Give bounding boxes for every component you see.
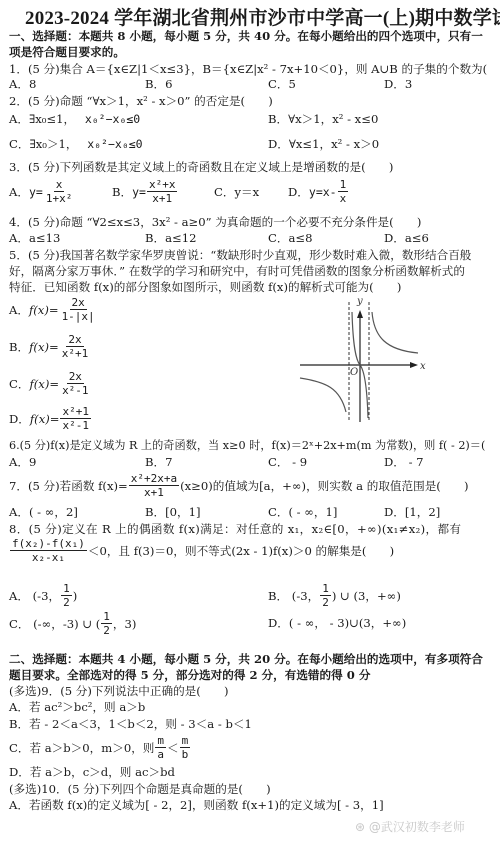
q5-option-b-label: B． xyxy=(9,340,29,354)
q5-option-c-fraction: 2x x²-1 xyxy=(60,370,91,397)
x-axis-arrow-icon xyxy=(410,362,418,368)
fraction-numerator: 1 xyxy=(338,178,349,192)
fraction-denominator: x+1 xyxy=(150,192,174,205)
curve-right-branch xyxy=(372,312,418,353)
q5-option-d-fx: f(x)= xyxy=(30,412,60,426)
fraction-numerator: x xyxy=(54,178,65,192)
q8-option-a-tail: ) xyxy=(73,589,78,603)
section1-header-line2: 项是符合题目要求的。 xyxy=(9,45,125,59)
section2-header-line2: 题目要求。全部选对的得 5 分，部分选对的得 2 分，有选错的得 0 分 xyxy=(9,668,370,682)
q8-option-a-lead: A． (-3， xyxy=(9,589,60,603)
q2-option-b: B．∀x＞1，x² - x≤0 xyxy=(268,112,378,126)
q8-option-b-fraction: 1 2 xyxy=(320,582,331,609)
q2-option-a-expr: x₀²−x₀≤0 xyxy=(85,112,140,126)
q8-option-b-lead: B． (-3， xyxy=(268,589,319,603)
q6-option-d: D． - 7 xyxy=(384,455,424,469)
q6-option-b: B．7 xyxy=(145,455,173,469)
fraction-denominator: x xyxy=(338,192,349,205)
watermark: ⊛ @武汉初数李老师 xyxy=(355,818,465,835)
q2-option-a-prefix: A．∃x₀≤1， xyxy=(9,112,75,126)
q5-option-a-fraction: 2x 1-|x| xyxy=(60,296,97,323)
q7-stem-lead: 7．(5 分)若函数 f(x)= xyxy=(9,479,128,493)
fraction-numerator: 2x xyxy=(67,370,84,384)
origin-label: O xyxy=(350,367,358,378)
q9-option-c-fraction-2: m b xyxy=(180,734,191,761)
q2-option-a: A．∃x₀≤1， x₀²−x₀≤0 xyxy=(9,112,140,126)
q7-fraction: x²+2x+a x+1 xyxy=(129,472,179,499)
fraction-denominator: x²+1 xyxy=(60,347,91,360)
q2-stem: 2．(5 分)命题 “∀x＞1，x² - x＞0” 的否定是( ) xyxy=(9,94,273,108)
q3-option-a-label: A． xyxy=(9,185,29,199)
q4-stem: 4．(5 分)命题 “∀2≤x≤3，3x² - a≥0” 为真命题的一个必要不充… xyxy=(9,215,421,229)
q7-stem: 7．(5 分)若函数 f(x)= x²+2x+a x+1 (x≥0)的值域为[a… xyxy=(9,472,469,499)
q2-option-d: D．∀x≤1，x² - x＞0 xyxy=(268,137,379,151)
fraction-numerator: 2x xyxy=(66,333,83,347)
q4-option-d: D．a≤6 xyxy=(384,231,429,245)
q8-option-b-tail: ) ∪ (3，+∞) xyxy=(332,589,401,603)
q3-stem: 3．(5 分)下列函数是其定义域上的奇函数且在定义域上是增函数的是( ) xyxy=(9,160,393,174)
q3-option-a-y: y= xyxy=(29,185,43,199)
q5-option-c-label: C． xyxy=(9,377,29,391)
q1-option-a: A．8 xyxy=(9,77,36,91)
q7-stem-tail: (x≥0)的值域为[a，+∞)，则实数 a 的取值范围是( ) xyxy=(180,479,468,493)
q3-option-a-fraction: x 1+x² xyxy=(44,178,75,205)
q10-option-a: A．若函数 f(x)的定义域为[ - 2，2]，则函数 f(x+1)的定义域为[… xyxy=(9,798,384,812)
fraction-denominator: 1-|x| xyxy=(60,310,97,323)
q8-option-c-fraction: 1 2 xyxy=(101,610,112,637)
q7-option-a: A．( - ∞，2] xyxy=(9,505,78,519)
q5-option-b-fx: f(x)= xyxy=(29,340,59,354)
q9-option-c-lt: ＜ xyxy=(167,741,179,755)
q5-stem-line1: 5．(5 分)我国著名数学家华罗庚曾说：“数缺形时少直观，形少数时难入微，数形结… xyxy=(9,248,471,262)
q6-stem: 6.(5 分)f(x)是定义域为 R 上的奇函数，当 x≥0 时，f(x)＝2ˣ… xyxy=(9,439,500,453)
q5-option-a-fx: f(x)= xyxy=(29,303,59,317)
q4-option-a: A．a≤13 xyxy=(9,231,60,245)
fraction-denominator: a xyxy=(155,748,166,761)
q7-option-c: C．( - ∞，1] xyxy=(268,505,337,519)
q3-option-c: C．y＝x xyxy=(214,185,259,199)
q5-option-a: A． f(x)= 2x 1-|x| xyxy=(9,296,98,323)
section1-header-line1: 一、选择题：本题共 8 小题，每小题 5 分，共 40 分。在每小题给出的四个选… xyxy=(9,29,483,43)
q8-stem-tail: ＜0，且 f(3)＝0，则不等式(2x - 1)f(x)＞0 的解集是( ) xyxy=(88,544,394,558)
q3-option-b: B． y= x²+x x+1 xyxy=(112,178,178,205)
q5-option-d-label: D． xyxy=(9,412,30,426)
q3-option-b-y: y= xyxy=(132,185,146,199)
q8-option-c-lead: C． (-∞，-3) ∪ ( xyxy=(9,617,100,631)
x-axis-label: x xyxy=(420,361,426,372)
fraction-denominator: 2 xyxy=(101,624,112,637)
q8-stem-line2: f(x₂)-f(x₁) x₂-x₁ ＜0，且 f(3)＝0，则不等式(2x - … xyxy=(9,537,394,564)
fraction-denominator: x+1 xyxy=(142,486,166,499)
fraction-numerator: x²+1 xyxy=(60,405,91,419)
q6-option-a: A．9 xyxy=(9,455,36,469)
q5-option-a-label: A． xyxy=(9,303,29,317)
q5-option-c-fx: f(x)= xyxy=(29,377,59,391)
fraction-numerator: 1 xyxy=(101,610,112,624)
fraction-numerator: 2x xyxy=(70,296,87,310)
q9-option-c-lead: C．若 a＞b＞0，m＞0，则 xyxy=(9,741,154,755)
fraction-denominator: 2 xyxy=(320,596,331,609)
fraction-numerator: x²+x xyxy=(147,178,178,192)
q8-option-d: D．( - ∞， - 3)∪(3，+∞) xyxy=(268,616,406,630)
q5-function-graph: y x O xyxy=(296,292,426,422)
fraction-denominator: x²-1 xyxy=(60,419,91,432)
q5-stem-line2: 好，隔离分家万事休．” 在数学的学习和研究中，有时可凭借函数的图象分析函数解析式… xyxy=(9,264,465,278)
q3-option-b-fraction: x²+x x+1 xyxy=(147,178,178,205)
q7-option-b: B．[0，1] xyxy=(145,505,201,519)
q3-option-d-lead: y=x- xyxy=(309,185,337,199)
q2-option-c-prefix: C．∃x₀＞1， xyxy=(9,137,78,151)
q3-option-d-label: D． xyxy=(288,185,309,199)
fraction-numerator: x²+2x+a xyxy=(129,472,179,486)
fraction-denominator: b xyxy=(180,748,191,761)
q5-option-d: D． f(x)= x²+1 x²-1 xyxy=(9,405,92,432)
y-axis-label: y xyxy=(356,296,363,307)
q8-stem-line1: 8．(5 分)定义在 R 上的偶函数 f(x)满足：对任意的 x₁，x₂∈[0，… xyxy=(9,522,461,536)
q8-fraction: f(x₂)-f(x₁) x₂-x₁ xyxy=(10,537,87,564)
q5-option-c: C． f(x)= 2x x²-1 xyxy=(9,370,92,397)
fraction-denominator: x²-1 xyxy=(60,384,91,397)
exam-title: 2023-2024 学年湖北省荆州市沙市中学高一(上)期中数学试卷 xyxy=(25,3,500,30)
fraction-numerator: 1 xyxy=(320,582,331,596)
q9-stem: (多选)9．(5 分)下列说法中正确的是( ) xyxy=(9,684,228,698)
q3-option-b-label: B． xyxy=(112,185,132,199)
fraction-numerator: m xyxy=(155,734,166,748)
q3-option-d: D． y=x- 1 x xyxy=(288,178,349,205)
q2-option-c-expr: x₀²−x₀≤0 xyxy=(87,137,142,151)
q6-option-c: C． - 9 xyxy=(268,455,307,469)
q7-option-d: D．[1，2] xyxy=(384,505,440,519)
q9-option-b: B．若 - 2＜a＜3，1＜b＜2，则 - 3＜a - b＜1 xyxy=(9,717,252,731)
q1-option-d: D．3 xyxy=(384,77,412,91)
q1-stem: 1．(5 分)集合 A＝{x∈Z|1＜x≤3}，B＝{x∈Z|x² - 7x+1… xyxy=(9,62,500,76)
q5-option-b-fraction: 2x x²+1 xyxy=(60,333,91,360)
q5-option-b: B． f(x)= 2x x²+1 xyxy=(9,333,91,360)
fraction-numerator: f(x₂)-f(x₁) xyxy=(10,537,87,551)
fraction-denominator: 2 xyxy=(61,596,72,609)
fraction-numerator: 1 xyxy=(61,582,72,596)
fraction-denominator: 1+x² xyxy=(44,192,75,205)
q2-option-c: C．∃x₀＞1， x₀²−x₀≤0 xyxy=(9,137,143,151)
q9-option-c: C．若 a＞b＞0，m＞0，则 m a ＜ m b xyxy=(9,734,191,761)
q3-option-d-fraction: 1 x xyxy=(338,178,349,205)
q9-option-d: D．若 a＞b，c＞d，则 ac＞bd xyxy=(9,765,175,779)
q5-option-d-fraction: x²+1 x²-1 xyxy=(60,405,91,432)
q9-option-a: A．若 ac²＞bc²，则 a＞b xyxy=(9,700,145,714)
q1-option-b: B．6 xyxy=(145,77,173,91)
q8-option-c-tail: ，3) xyxy=(113,617,137,631)
fraction-denominator: x₂-x₁ xyxy=(30,551,67,564)
q8-option-b: B． (-3， 1 2 ) ∪ (3，+∞) xyxy=(268,582,401,609)
curve-left-branch xyxy=(300,378,346,412)
q9-option-c-fraction-1: m a xyxy=(155,734,166,761)
q8-option-a-fraction: 1 2 xyxy=(61,582,72,609)
y-axis-arrow-icon xyxy=(357,310,363,318)
fraction-numerator: m xyxy=(180,734,191,748)
section2-header-line1: 二、选择题：本题共 4 小题，每小题 5 分，共 20 分。在每小题给出的选项中… xyxy=(9,652,483,666)
q4-option-b: B．a≤12 xyxy=(145,231,197,245)
q3-option-a: A． y= x 1+x² xyxy=(9,178,75,205)
q4-option-c: C．a≤8 xyxy=(268,231,312,245)
q8-option-c: C． (-∞，-3) ∪ ( 1 2 ，3) xyxy=(9,610,136,637)
q1-option-c: C．5 xyxy=(268,77,296,91)
q10-stem: (多选)10．(5 分)下列四个命题是真命题的是( ) xyxy=(9,782,271,796)
q8-option-a: A． (-3， 1 2 ) xyxy=(9,582,77,609)
